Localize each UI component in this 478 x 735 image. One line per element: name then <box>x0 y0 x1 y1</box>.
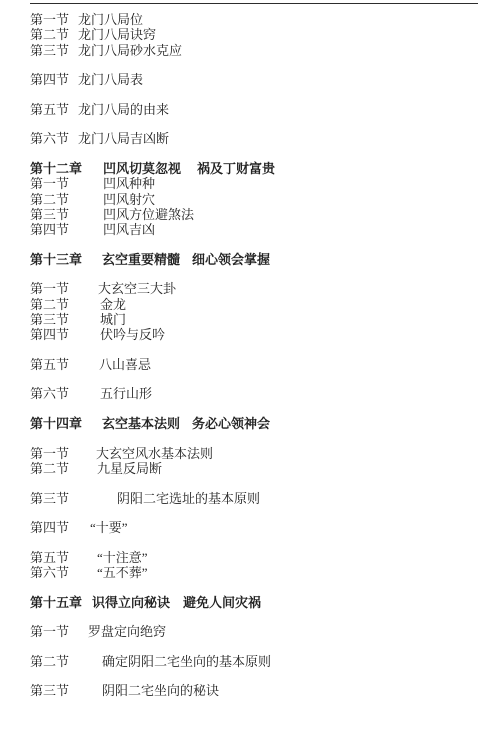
toc-row-chapter: 第十五章识得立向秘诀避免人间灾祸 <box>0 595 478 610</box>
toc-row-section: 第六节“五不葬” <box>0 565 478 580</box>
section-title: 城门 <box>100 312 126 327</box>
toc-row-section: 第二节确定阴阳二宅坐向的基本原则 <box>0 654 478 669</box>
toc-row-section: 第六节龙门八局吉凶断 <box>0 131 478 146</box>
toc-row-chapter: 第十三章玄空重要精髓细心领会掌握 <box>0 252 478 267</box>
toc-row-section: 第二节凹风射穴 <box>0 192 478 207</box>
chapter-number: 第十二章 <box>30 161 82 176</box>
chapter-title: 玄空重要精髓 <box>102 252 180 267</box>
section-title: “十要” <box>90 520 128 535</box>
toc-row-chapter: 第十二章凹风切莫忽视祸及丁财富贵 <box>0 161 478 176</box>
section-number: 第一节 <box>30 281 69 296</box>
toc-row-section: 第四节龙门八局表 <box>0 72 478 87</box>
section-title: 确定阴阳二宅坐向的基本原则 <box>102 654 271 669</box>
top-rule <box>30 3 478 4</box>
section-title: 龙门八局位 <box>78 12 143 27</box>
toc-row-section: 第五节八山喜忌 <box>0 357 478 372</box>
chapter-subtitle: 避免人间灾祸 <box>183 595 261 610</box>
section-title: 九星反局断 <box>97 461 162 476</box>
toc-row-section: 第二节九星反局断 <box>0 461 478 476</box>
chapter-subtitle: 祸及丁财富贵 <box>197 161 275 176</box>
section-title: 龙门八局砂水克应 <box>78 43 182 58</box>
section-title: 伏吟与反吟 <box>100 327 165 342</box>
section-number: 第五节 <box>30 102 69 117</box>
chapter-title: 凹风切莫忽视 <box>103 161 181 176</box>
section-number: 第一节 <box>30 446 69 461</box>
toc-row-section: 第三节阴阳二宅坐向的秘诀 <box>0 683 478 698</box>
section-number: 第三节 <box>30 207 69 222</box>
toc-row-section: 第一节大玄空三大卦 <box>0 281 478 296</box>
toc-row-section: 第五节龙门八局的由来 <box>0 102 478 117</box>
section-title: 龙门八局吉凶断 <box>78 131 169 146</box>
section-title: 阴阳二宅选址的基本原则 <box>117 491 260 506</box>
section-number: 第一节 <box>30 12 69 27</box>
section-number: 第六节 <box>30 386 69 401</box>
chapter-subtitle: 细心领会掌握 <box>192 252 270 267</box>
section-title: 金龙 <box>100 297 126 312</box>
section-title: 凹风种种 <box>103 176 155 191</box>
toc-row-section: 第四节伏吟与反吟 <box>0 327 478 342</box>
section-title: 凹风方位避煞法 <box>103 207 194 222</box>
toc-row-section: 第三节阴阳二宅选址的基本原则 <box>0 491 478 506</box>
section-number: 第三节 <box>30 312 69 327</box>
chapter-subtitle: 务必心领神会 <box>192 416 270 431</box>
section-title: 龙门八局表 <box>78 72 143 87</box>
section-title: 大玄空风水基本法则 <box>96 446 213 461</box>
toc-row-section: 第五节“十注意” <box>0 550 478 565</box>
toc-row-section: 第一节大玄空风水基本法则 <box>0 446 478 461</box>
section-title: 阴阳二宅坐向的秘诀 <box>102 683 219 698</box>
toc-list: 第一节龙门八局位第二节龙门八局诀窍第三节龙门八局砂水克应第四节龙门八局表第五节龙… <box>0 12 478 699</box>
section-number: 第六节 <box>30 565 69 580</box>
section-number: 第二节 <box>30 27 69 42</box>
toc-row-chapter: 第十四章玄空基本法则务必心领神会 <box>0 416 478 431</box>
toc-row-section: 第二节龙门八局诀窍 <box>0 27 478 42</box>
section-number: 第五节 <box>30 550 69 565</box>
section-number: 第四节 <box>30 327 69 342</box>
toc-row-section: 第四节“十要” <box>0 520 478 535</box>
section-title: 五行山形 <box>100 386 152 401</box>
section-number: 第四节 <box>30 520 69 535</box>
section-number: 第二节 <box>30 461 69 476</box>
chapter-number: 第十五章 <box>30 595 82 610</box>
section-title: 龙门八局的由来 <box>78 102 169 117</box>
toc-row-section: 第三节龙门八局砂水克应 <box>0 43 478 58</box>
chapter-title: 玄空基本法则 <box>102 416 180 431</box>
section-number: 第二节 <box>30 654 69 669</box>
section-number: 第五节 <box>30 357 69 372</box>
section-title: 八山喜忌 <box>99 357 151 372</box>
toc-row-section: 第一节凹风种种 <box>0 176 478 191</box>
section-title: 龙门八局诀窍 <box>78 27 156 42</box>
toc-row-section: 第一节龙门八局位 <box>0 12 478 27</box>
section-title: 大玄空三大卦 <box>98 281 176 296</box>
chapter-number: 第十四章 <box>30 416 82 431</box>
toc-row-section: 第三节凹风方位避煞法 <box>0 207 478 222</box>
section-number: 第一节 <box>30 624 69 639</box>
section-number: 第四节 <box>30 222 69 237</box>
section-number: 第六节 <box>30 131 69 146</box>
section-title: “五不葬” <box>97 565 148 580</box>
toc-row-section: 第六节五行山形 <box>0 386 478 401</box>
toc-row-section: 第三节城门 <box>0 312 478 327</box>
toc-row-section: 第二节金龙 <box>0 297 478 312</box>
toc-page: { "page": { "background": "#ffffff", "te… <box>0 0 478 735</box>
toc-row-section: 第四节凹风吉凶 <box>0 222 478 237</box>
section-title: 凹风射穴 <box>103 192 155 207</box>
section-title: 罗盘定向绝窍 <box>88 624 166 639</box>
section-number: 第一节 <box>30 176 69 191</box>
section-number: 第二节 <box>30 192 69 207</box>
toc-row-section: 第一节罗盘定向绝窍 <box>0 624 478 639</box>
section-title: “十注意” <box>97 550 148 565</box>
section-number: 第二节 <box>30 297 69 312</box>
section-number: 第三节 <box>30 491 69 506</box>
section-title: 凹风吉凶 <box>103 222 155 237</box>
section-number: 第三节 <box>30 43 69 58</box>
chapter-number: 第十三章 <box>30 252 82 267</box>
section-number: 第三节 <box>30 683 69 698</box>
chapter-title: 识得立向秘诀 <box>92 595 170 610</box>
section-number: 第四节 <box>30 72 69 87</box>
